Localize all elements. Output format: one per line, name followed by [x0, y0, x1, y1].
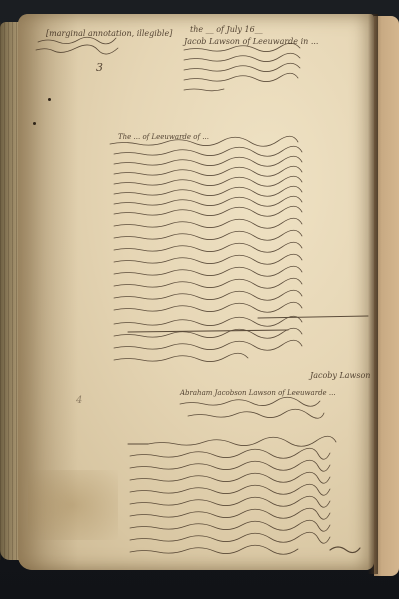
- handwriting-strokes: [18, 14, 374, 570]
- book-gutter: [368, 14, 378, 574]
- manuscript-page: [marginal annotation, illegible] 3 4 the…: [18, 14, 374, 570]
